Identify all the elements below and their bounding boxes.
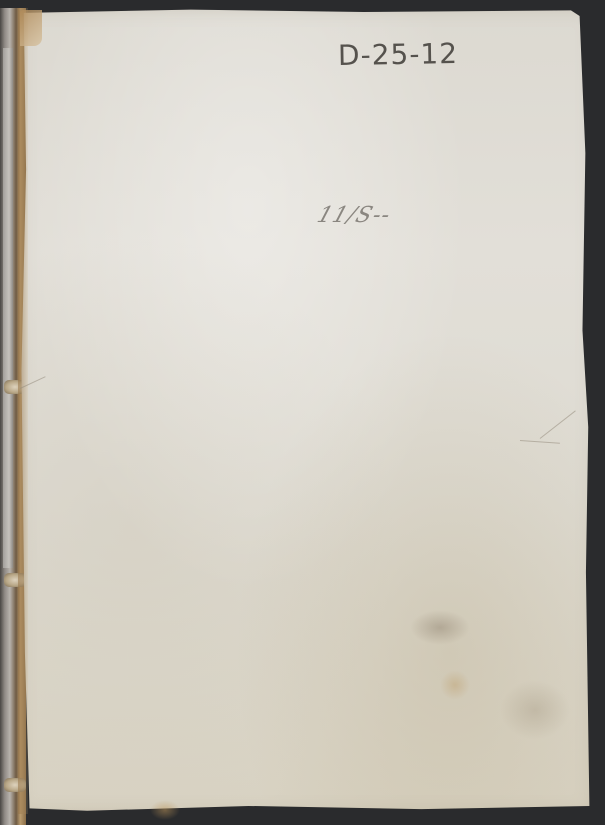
paper-leaf bbox=[18, 8, 594, 814]
shelfmark-annotation: D-25-12 bbox=[338, 37, 459, 72]
pencil-note: 11/S-- bbox=[314, 203, 394, 228]
scanned-page-image: D-25-12 11/S-- bbox=[0, 0, 605, 825]
spine-board-edge bbox=[3, 48, 13, 568]
paper-gutter-edge bbox=[18, 8, 28, 814]
torn-corner bbox=[20, 10, 42, 46]
